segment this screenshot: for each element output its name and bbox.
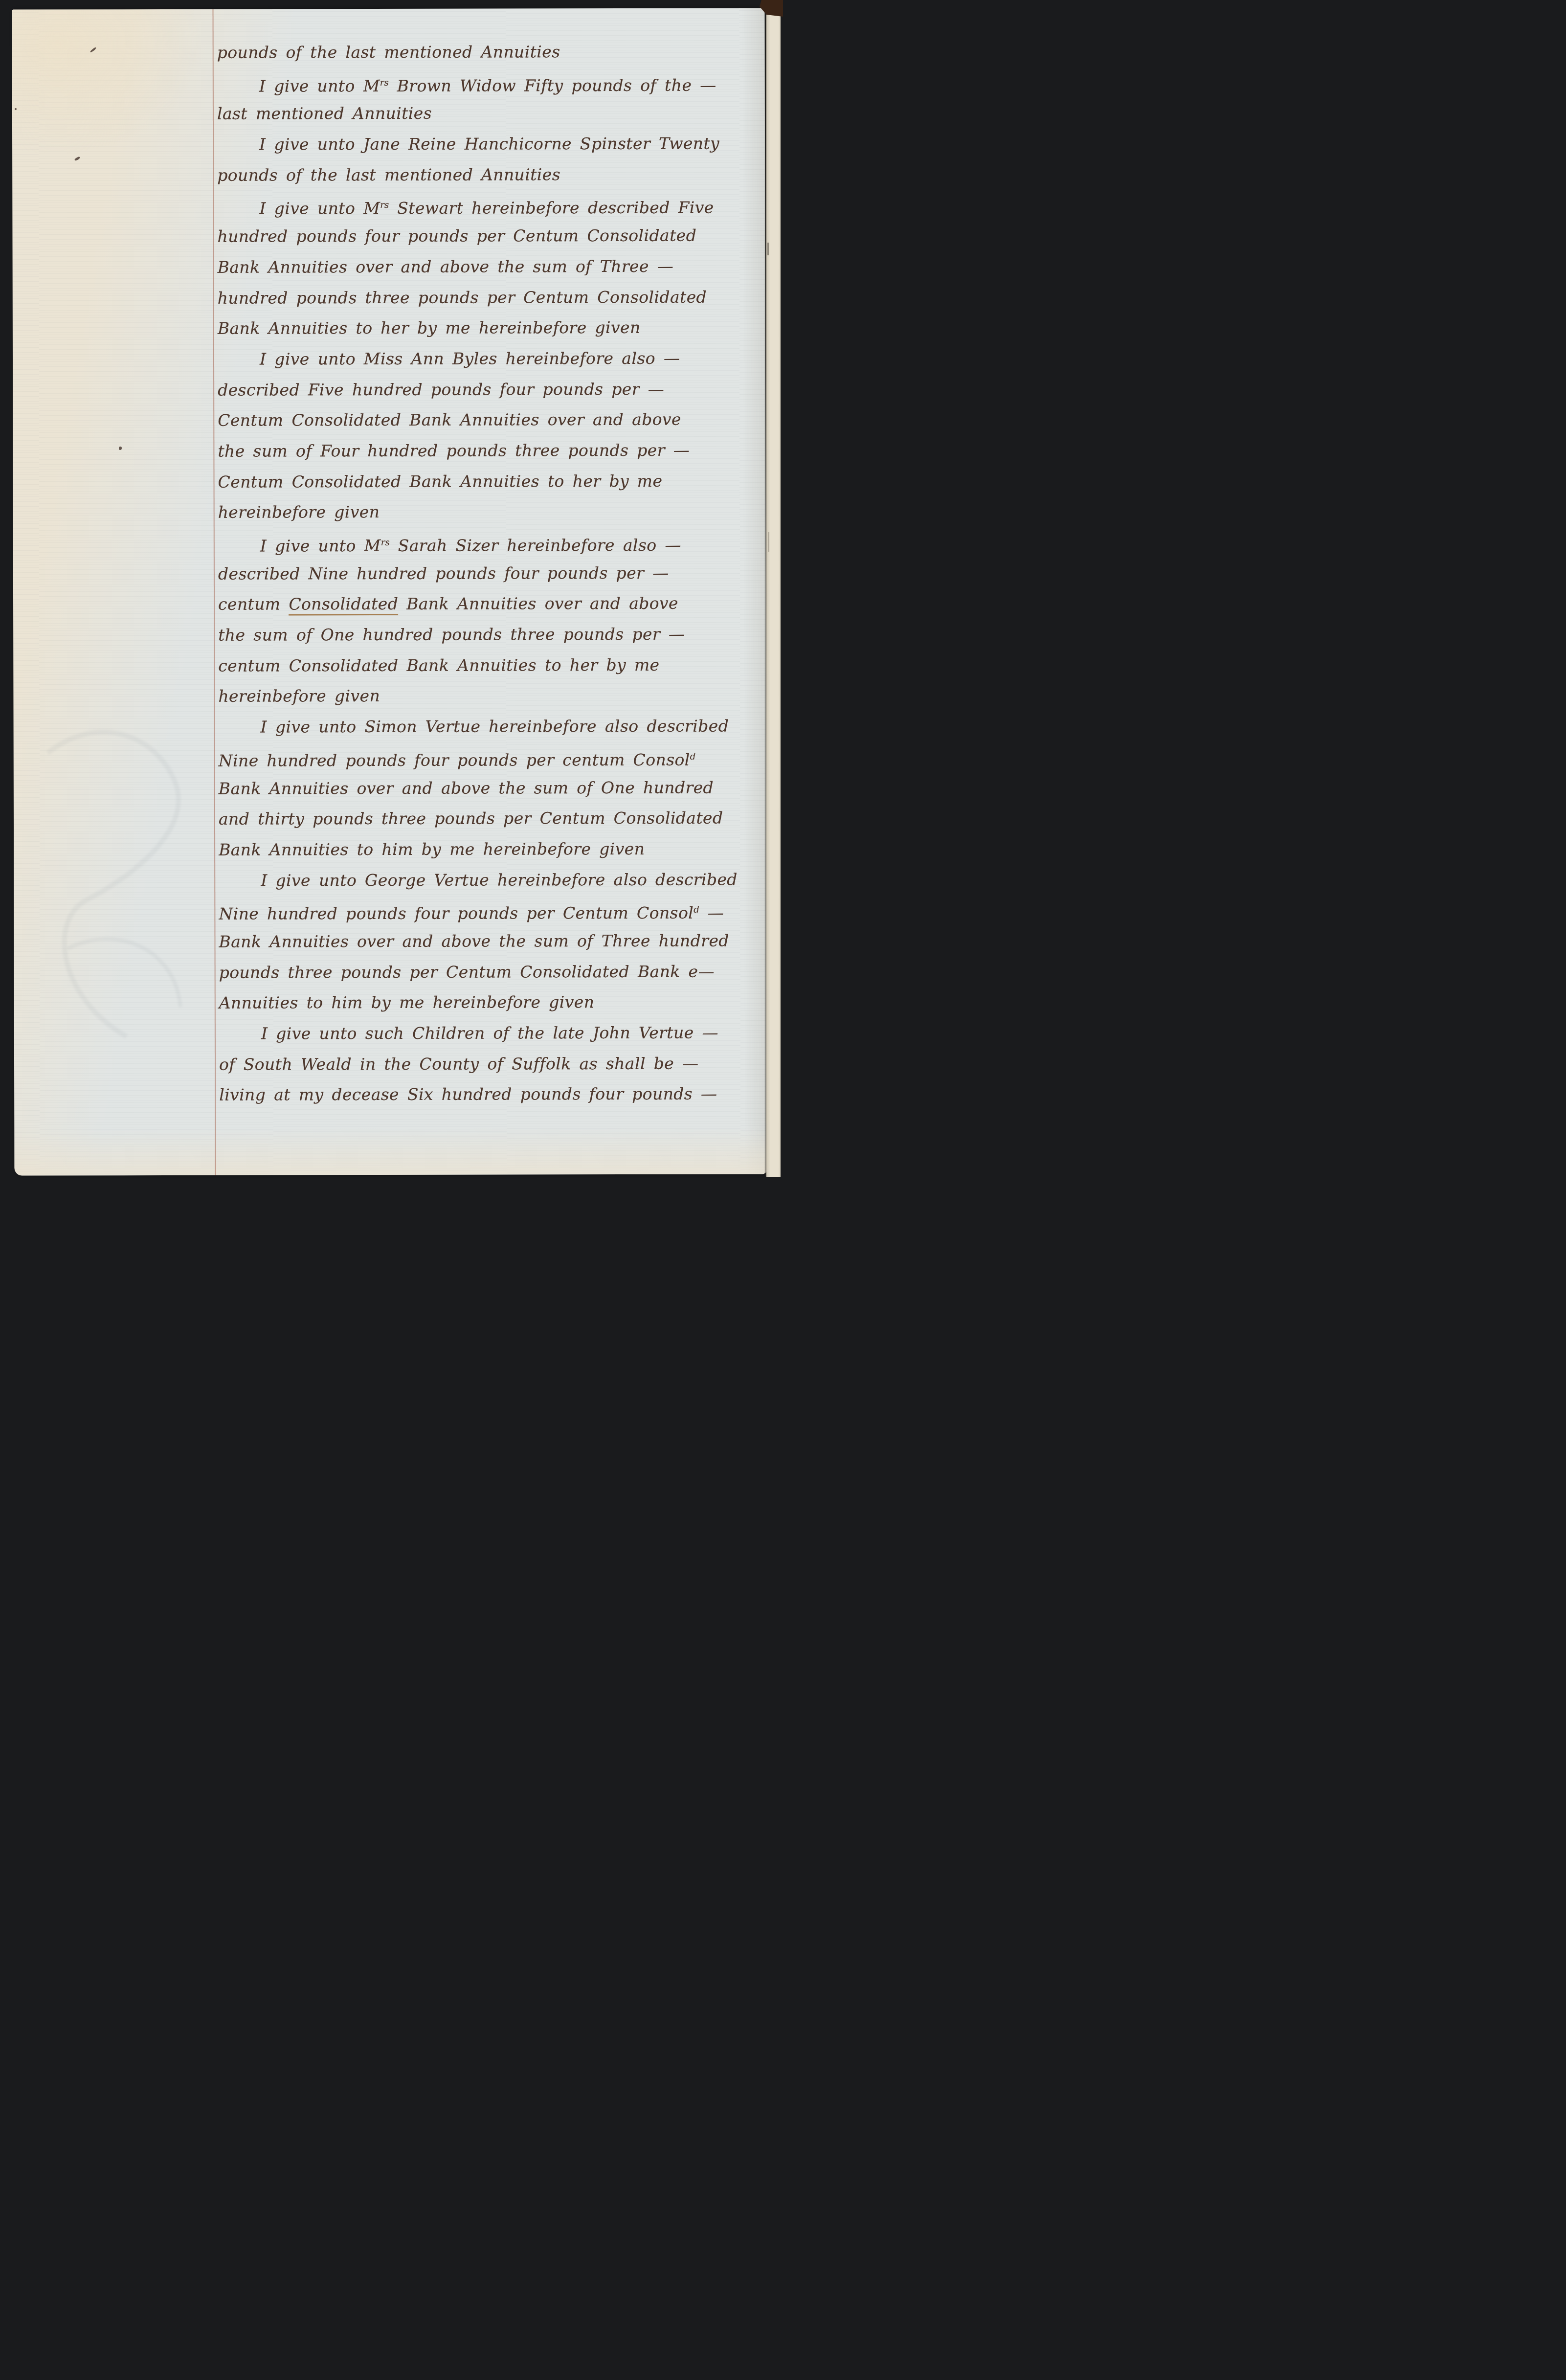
manuscript-line: centum Consolidated Bank Annuities over … <box>218 588 764 620</box>
superscript-text: rs <box>381 538 390 548</box>
manuscript-line: Nine hundred pounds four pounds per Cent… <box>219 895 764 927</box>
manuscript-line: I give unto Mrs Brown Widow Fifty pounds… <box>217 67 763 99</box>
manuscript-line: hereinbefore given <box>218 680 764 712</box>
manuscript-line: Bank Annuities to her by me hereinbefore… <box>218 313 763 344</box>
manuscript-line: Bank Annuities to him by me hereinbefore… <box>219 833 764 865</box>
manuscript-line: centum Consolidated Bank Annuities to he… <box>218 650 764 681</box>
margin-rule-line <box>213 9 216 1175</box>
manuscript-line: I give unto Jane Reine Hanchicorne Spins… <box>217 128 763 160</box>
manuscript-line: described Five hundred pounds four pound… <box>218 374 763 405</box>
superscript-text: rs <box>380 200 389 210</box>
manuscript-line: I give unto such Children of the late Jo… <box>219 1017 765 1049</box>
superscript-text: rs <box>380 78 389 88</box>
manuscript-line: I give unto George Vertue hereinbefore a… <box>219 864 764 896</box>
manuscript-line: and thirty pounds three pounds per Centu… <box>219 803 764 835</box>
manuscript-line: Centum Consolidated Bank Annuities to he… <box>218 466 763 497</box>
underlined-word: Consolidated <box>289 594 398 615</box>
page-edge-nick <box>768 532 769 552</box>
manuscript-line: Nine hundred pounds four pounds per cent… <box>219 741 764 773</box>
manuscript-line: I give unto Mrs Sarah Sizer hereinbefore… <box>218 527 764 559</box>
manuscript-line: Bank Annuities over and above the sum of… <box>219 925 764 957</box>
manuscript-line: Annuities to him by me hereinbefore give… <box>219 987 765 1019</box>
manuscript-line: pounds of the last mentioned Annuities <box>217 159 763 191</box>
manuscript-page: pounds of the last mentioned AnnuitiesI … <box>12 8 767 1175</box>
adjacent-page-edge <box>766 13 781 1177</box>
manuscript-line: last mentioned Annuities <box>217 98 763 130</box>
manuscript-line: Centum Consolidated Bank Annuities over … <box>218 404 763 436</box>
photograph-backdrop: pounds of the last mentioned AnnuitiesI … <box>0 0 783 1190</box>
superscript-text: d <box>694 905 699 915</box>
manuscript-line: Bank Annuities over and above the sum of… <box>218 251 763 283</box>
manuscript-line: the sum of Four hundred pounds three pou… <box>218 435 763 467</box>
manuscript-line: the sum of One hundred pounds three poun… <box>218 619 764 651</box>
manuscript-line: Bank Annuities over and above the sum of… <box>219 772 764 804</box>
manuscript-line: described Nine hundred pounds four pound… <box>218 558 764 589</box>
manuscript-line: I give unto Miss Ann Byles hereinbefore … <box>218 343 763 375</box>
manuscript-text-block: pounds of the last mentioned AnnuitiesI … <box>217 36 765 1110</box>
manuscript-line: hundred pounds four pounds per Centum Co… <box>217 221 763 252</box>
manuscript-line: pounds three pounds per Centum Consolida… <box>219 956 765 988</box>
manuscript-line: living at my decease Six hundred pounds … <box>219 1079 765 1111</box>
superscript-text: d <box>690 752 696 762</box>
ink-bleedthrough <box>28 694 205 1135</box>
manuscript-line: hundred pounds three pounds per Centum C… <box>218 282 763 314</box>
page-edge-nick <box>767 243 769 255</box>
manuscript-line: I give unto Simon Vertue hereinbefore al… <box>219 711 764 743</box>
manuscript-line: pounds of the last mentioned Annuities <box>217 36 763 68</box>
manuscript-line: of South Weald in the County of Suffolk … <box>219 1048 765 1080</box>
manuscript-line: I give unto Mrs Stewart hereinbefore des… <box>217 190 763 222</box>
manuscript-line: hereinbefore given <box>218 496 764 528</box>
